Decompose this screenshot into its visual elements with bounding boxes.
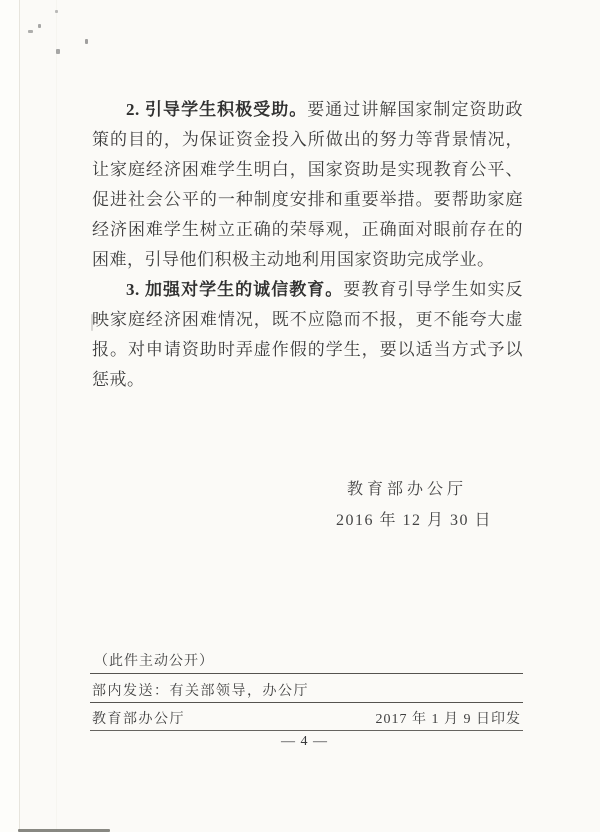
document-body: 2. 引导学生积极受助。要通过讲解国家制定资助政策的目的，为保证资金投入所做出的… [92, 95, 523, 395]
scan-speck [28, 30, 33, 33]
paragraph: 2. 引导学生积极受助。要通过讲解国家制定资助政策的目的，为保证资金投入所做出的… [92, 95, 523, 275]
scanned-document-page: 2. 引导学生积极受助。要通过讲解国家制定资助政策的目的，为保证资金投入所做出的… [0, 0, 600, 832]
footer-rule [90, 702, 523, 703]
footer-printer: 教育部办公厅 [92, 708, 185, 728]
scan-speck [85, 39, 88, 44]
signature-issuer: 教育部办公厅 [347, 476, 467, 499]
footer-distribution: 部内发送：有关部领导，办公厅 [92, 680, 309, 700]
scan-crease-line [56, 0, 57, 832]
page-number: — 4 — [90, 734, 519, 750]
footer-rule [90, 673, 523, 674]
paragraph-head: 3. 加强对学生的诚信教育。 [126, 280, 343, 299]
paragraph: 3. 加强对学生的诚信教育。要教育引导学生如实反映家庭经济困难情况，既不应隐而不… [92, 275, 523, 395]
scan-speck [38, 24, 41, 28]
footer-rule [90, 730, 523, 731]
paragraph-head: 2. 引导学生积极受助。 [126, 100, 307, 119]
footer-disclosure-note: （此件主动公开） [94, 650, 214, 670]
scan-speck [55, 10, 58, 13]
scan-edge-strip [0, 0, 20, 832]
paragraph-text: 要通过讲解国家制定资助政策的目的，为保证资金投入所做出的努力等背景情况，让家庭经… [92, 100, 523, 269]
footer-imprint-row: 教育部办公厅 2017 年 1 月 9 日印发 [92, 708, 521, 728]
scan-speck [56, 49, 60, 54]
footer-print-date: 2017 年 1 月 9 日印发 [376, 708, 522, 728]
signature-date: 2016 年 12 月 30 日 [336, 507, 492, 530]
